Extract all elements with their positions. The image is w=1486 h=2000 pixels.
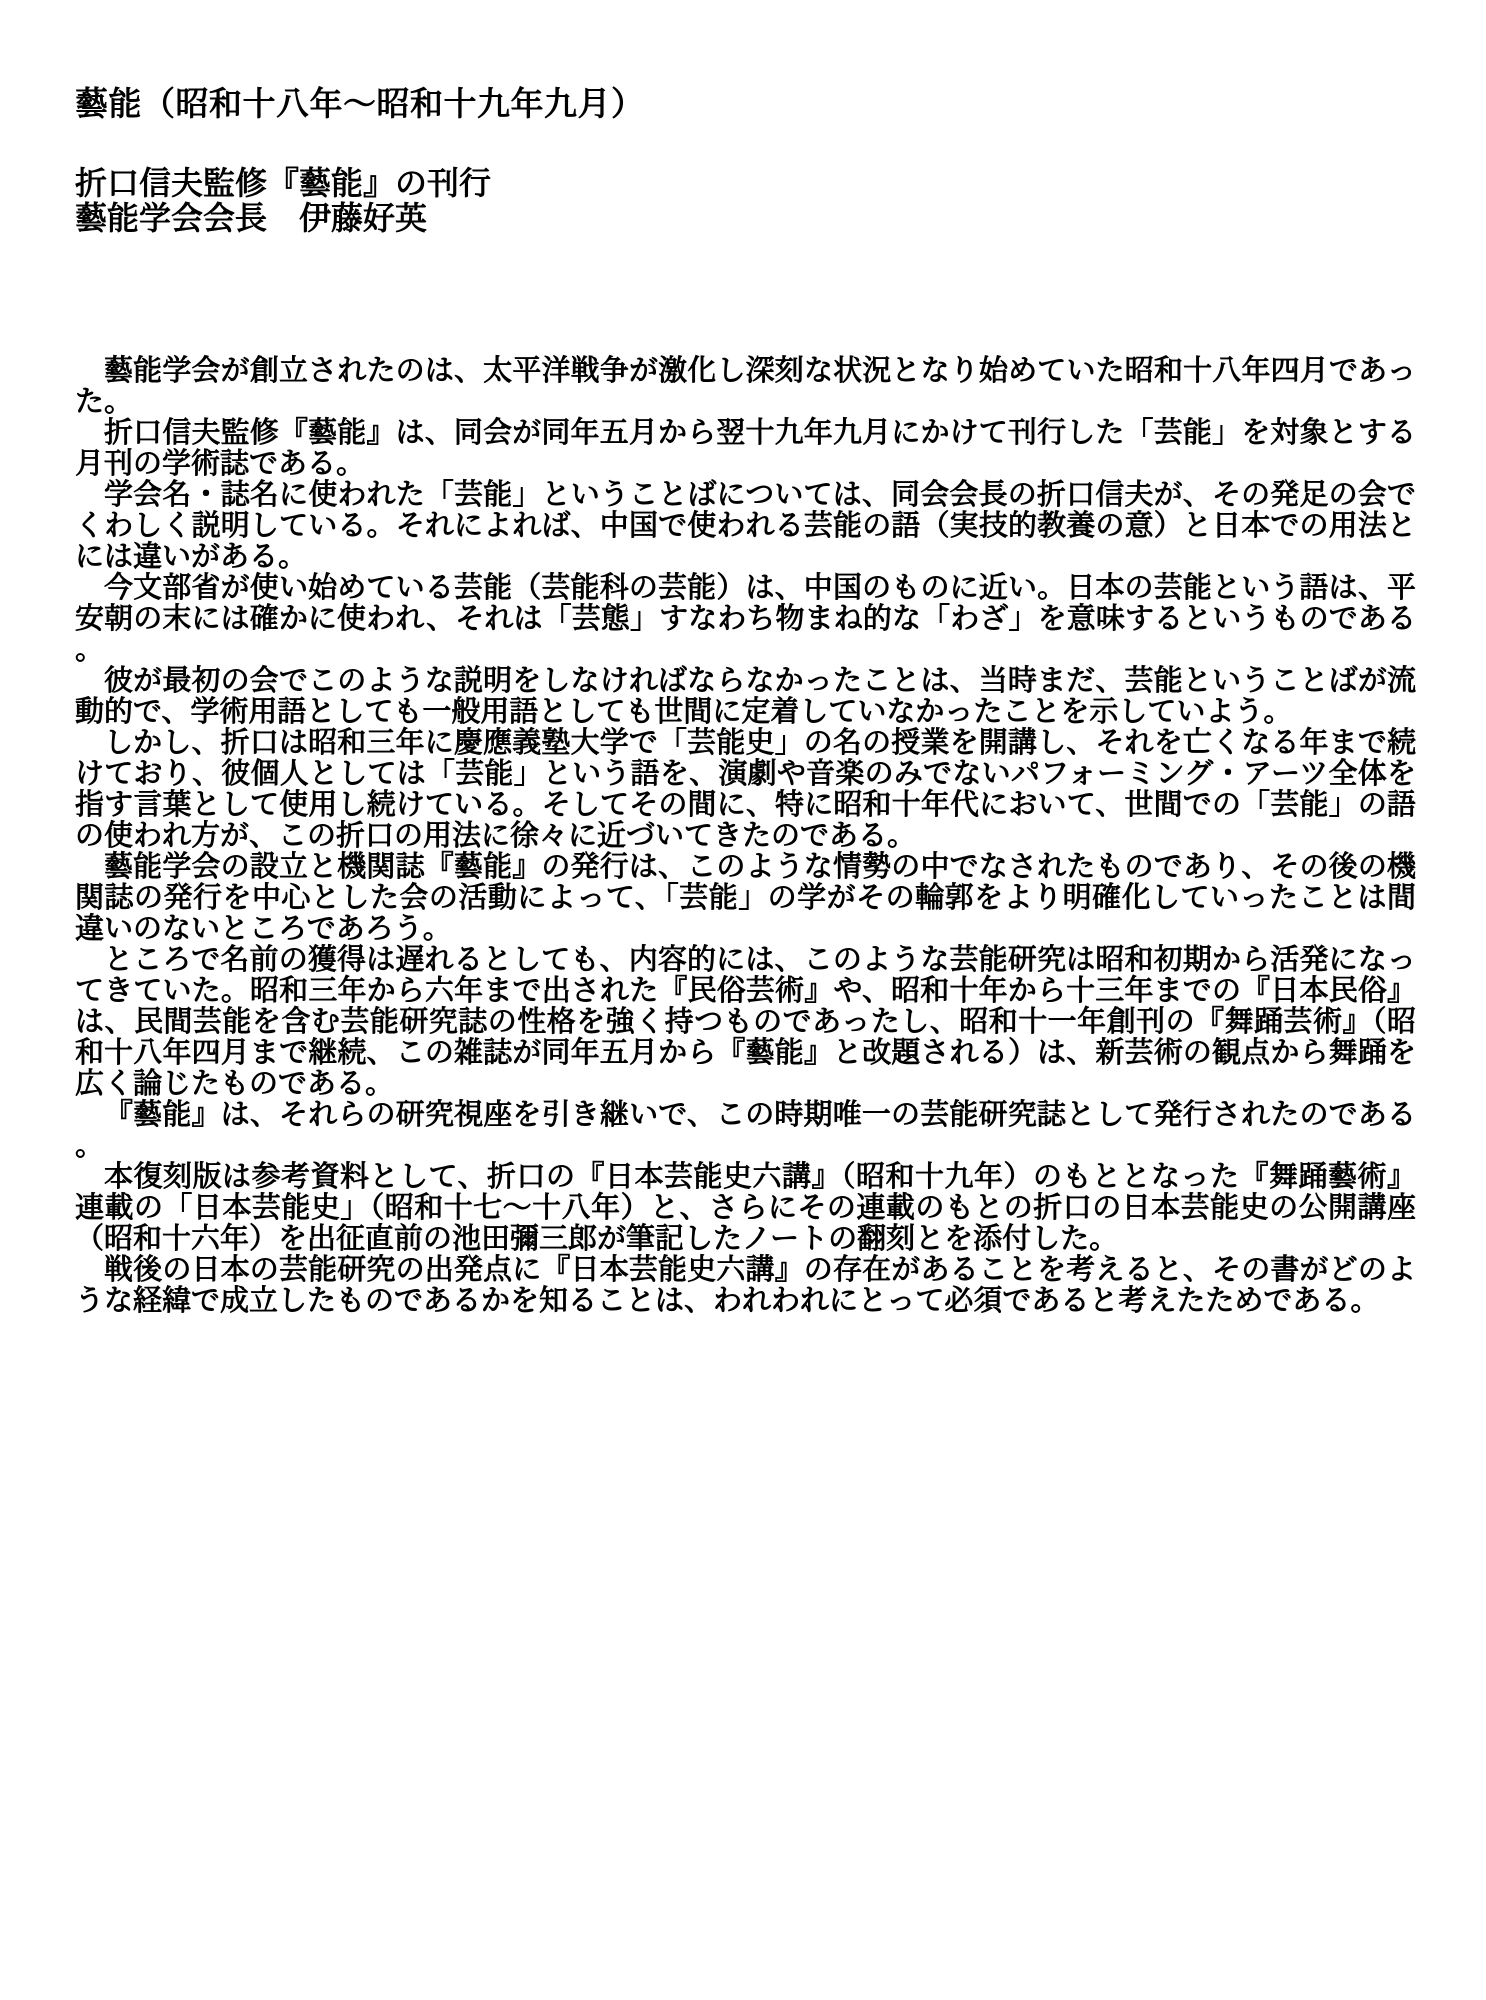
- author-line: 藝能学会会長 伊藤好英: [75, 201, 1416, 237]
- paragraph: 彼が最初の会でこのような説明をしなければならなかったことは、当時まだ、芸能という…: [75, 665, 1416, 727]
- paragraph: しかし、折口は昭和三年に慶應義塾大学で「芸能史」の名の授業を開講し、それを亡くな…: [75, 727, 1416, 851]
- paragraph: 本復刻版は参考資料として、折口の『日本芸能史六講』（昭和十九年）のもととなった『…: [75, 1161, 1416, 1254]
- paragraph: 今文部省が使い始めている芸能（芸能科の芸能）は、中国のものに近い。日本の芸能とい…: [75, 572, 1416, 665]
- paragraph: 『藝能』は、それらの研究視座を引き継いで、この時期唯一の芸能研究誌として発行され…: [75, 1099, 1416, 1161]
- paragraph: 学会名・誌名に使われた「芸能」ということばについては、同会会長の折口信夫が、その…: [75, 479, 1416, 572]
- article-heading: 折口信夫監修『藝能』の刊行: [75, 124, 1416, 202]
- document-body: 藝能学会が創立されたのは、太平洋戦争が激化し深刻な状況となり始めていた昭和十八年…: [75, 237, 1416, 1316]
- page-title: 藝能（昭和十八年～昭和十九年九月）: [75, 0, 1416, 124]
- document-content: 藝能（昭和十八年～昭和十九年九月） 折口信夫監修『藝能』の刊行 藝能学会会長 伊…: [75, 0, 1416, 1316]
- paragraph: 藝能学会の設立と機関誌『藝能』の発行は、このような情勢の中でなされたものであり、…: [75, 851, 1416, 944]
- paragraph: 戦後の日本の芸能研究の出発点に『日本芸能史六講』の存在があることを考えると、その…: [75, 1254, 1416, 1316]
- paragraph: ところで名前の獲得は遅れるとしても、内容的には、このような芸能研究は昭和初期から…: [75, 944, 1416, 1099]
- paragraph: 藝能学会が創立されたのは、太平洋戦争が激化し深刻な状況となり始めていた昭和十八年…: [75, 355, 1416, 417]
- paragraph: 折口信夫監修『藝能』は、同会が同年五月から翌十九年九月にかけて刊行した「芸能」を…: [75, 417, 1416, 479]
- document-page: 藝能（昭和十八年～昭和十九年九月） 折口信夫監修『藝能』の刊行 藝能学会会長 伊…: [0, 0, 1486, 2000]
